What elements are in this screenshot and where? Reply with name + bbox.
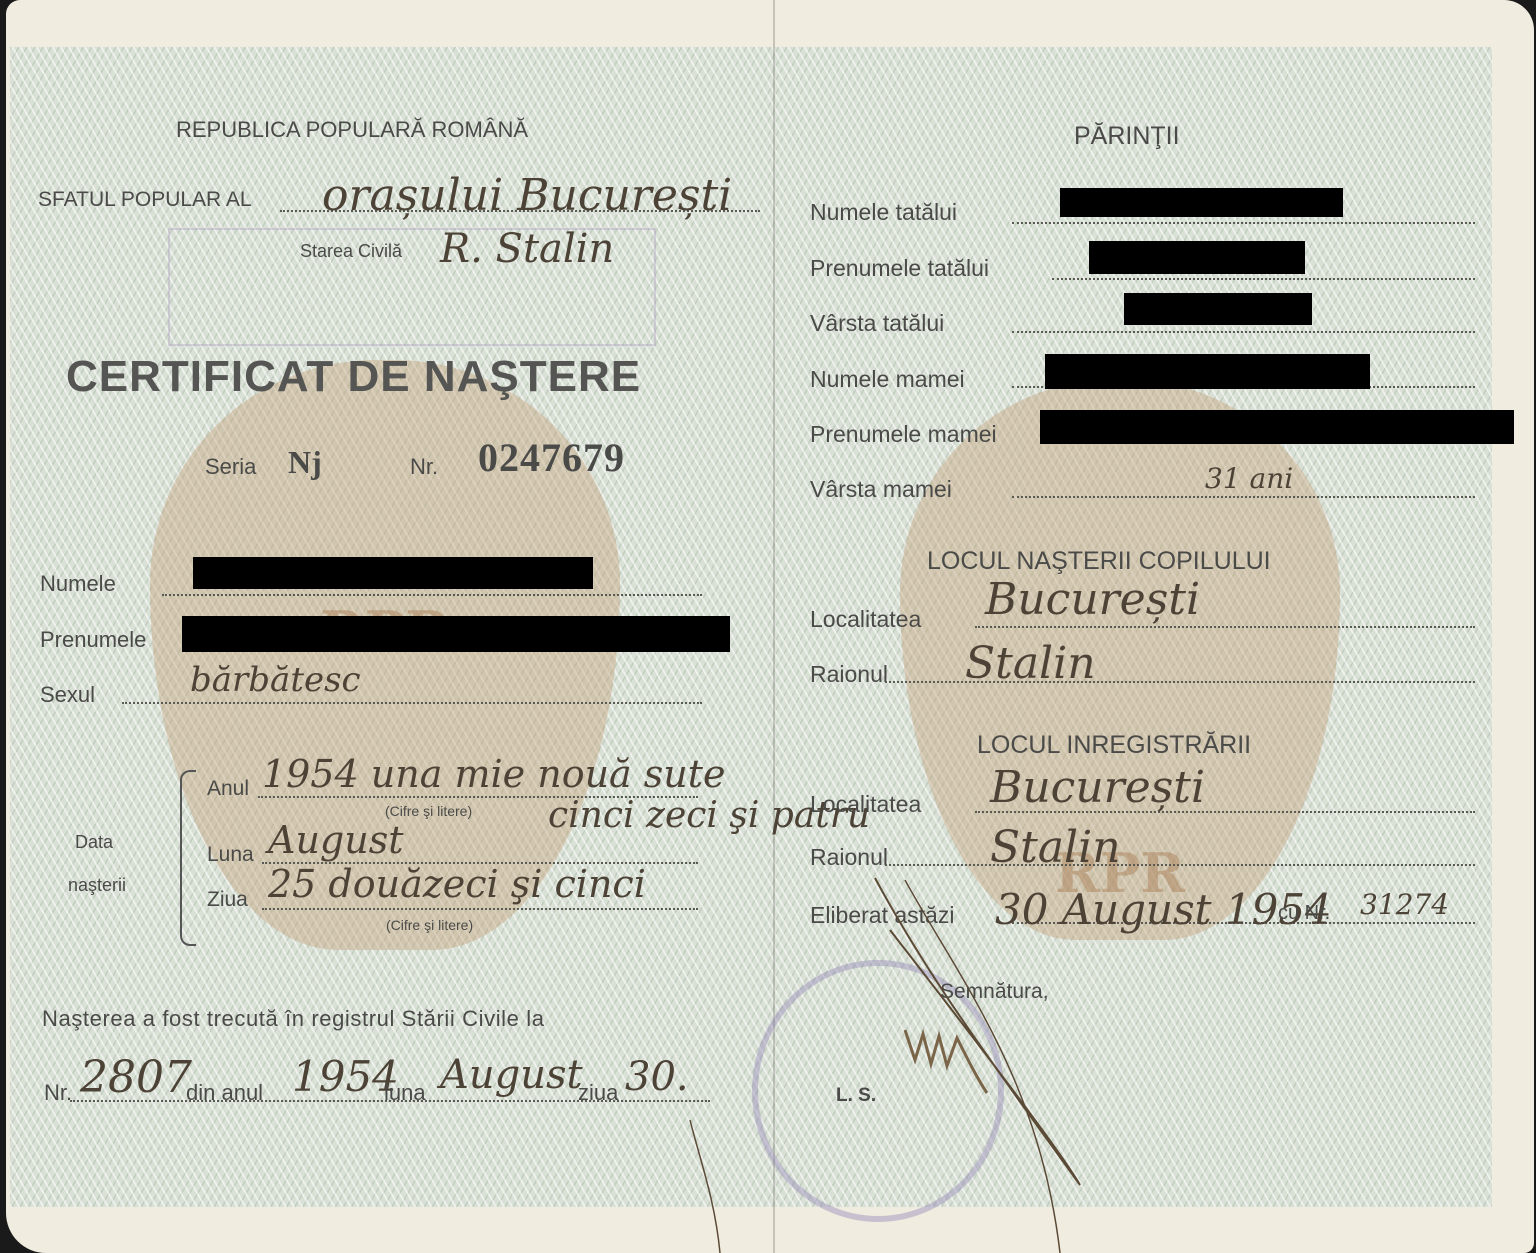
signature-scribble — [0, 0, 1536, 1253]
